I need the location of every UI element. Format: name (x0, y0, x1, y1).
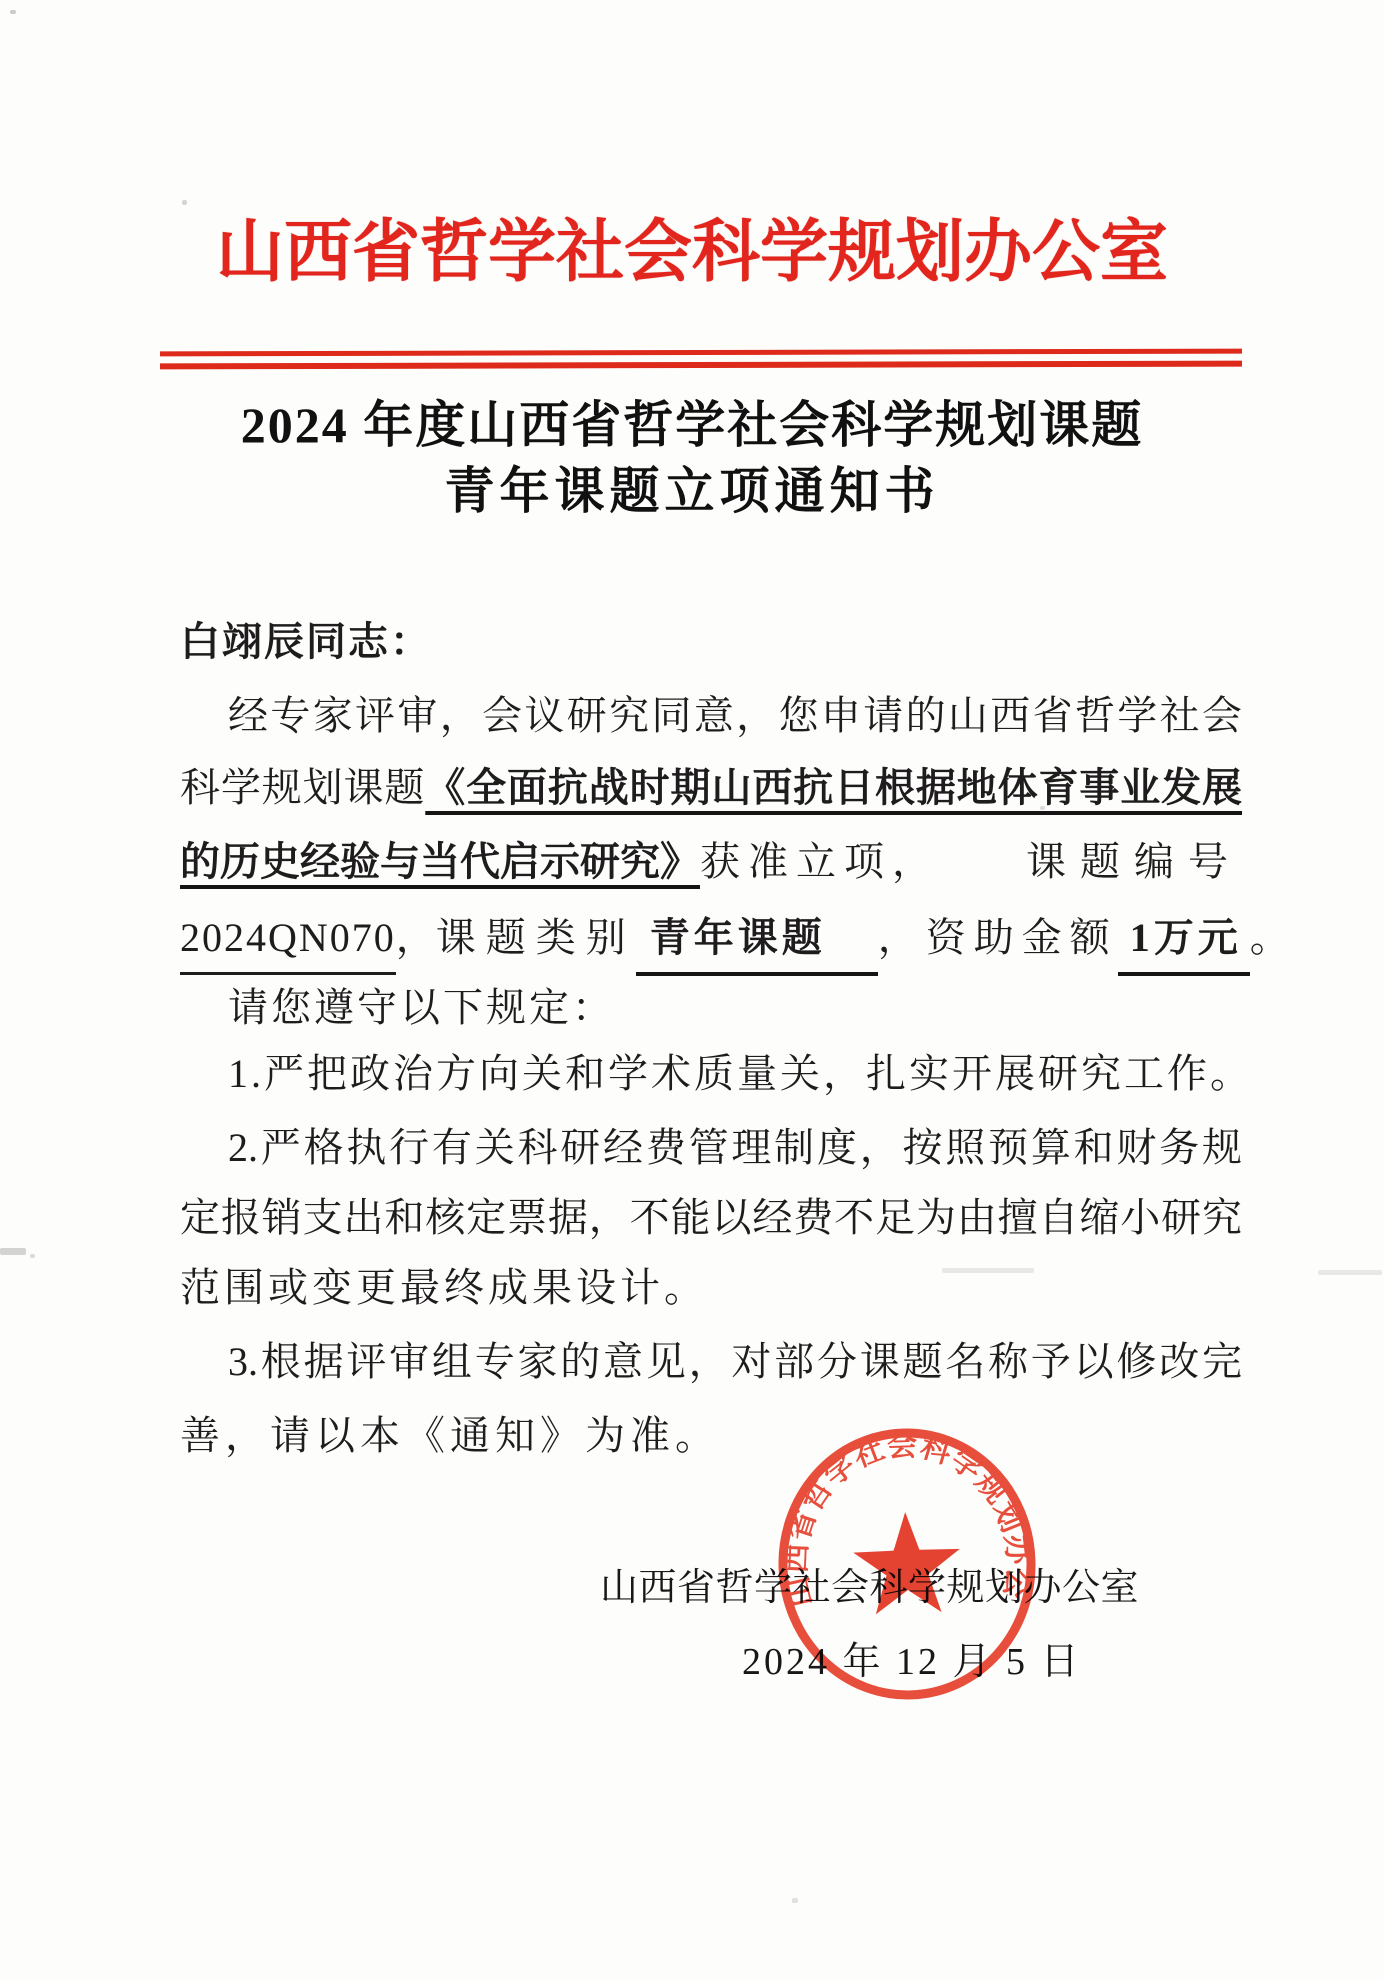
rules-intro: 请您遵守以下规定： (180, 982, 1242, 1034)
red-divider-thin (160, 349, 1242, 357)
paragraph1-line4: 2024QN070， 课题类别 青年课题 ，资助金额 1万元。 (180, 912, 1242, 976)
funding-label-group: ，资助金额 (878, 912, 1118, 964)
comma-1: ， (396, 915, 436, 960)
letterhead-title: 山西省哲学社会科学规划办公室 (0, 212, 1384, 292)
scan-artifact (0, 1248, 26, 1255)
scan-artifact (30, 1254, 35, 1258)
rule-item-1: 1.严把政治方向关和学术质量关，扎实开展研究工作。 (180, 1048, 1242, 1100)
scan-artifact (1318, 1270, 1382, 1275)
project-code-group: 2024QN070， (180, 912, 436, 975)
salutation: 白翊辰同志： (180, 616, 1242, 668)
approval-text: 获准立项， (700, 839, 940, 884)
rule-item-2-line2: 定报销支出和核定票据，不能以经费不足为由擅自缩小研究 (180, 1192, 1242, 1244)
period-1: 。 (1250, 915, 1290, 960)
paragraph1-line3: 的历史经验与当代启示研究》获准立项， 课题编号 (180, 836, 1242, 888)
funding-amount: 1万元 (1118, 912, 1250, 976)
rule-item-2-line1: 2.严格执行有关科研经费管理制度，按照预算和财务规 (180, 1122, 1242, 1174)
scan-artifact (792, 1898, 798, 1903)
paragraph1-line3-left: 的历史经验与当代启示研究》获准立项， (180, 836, 940, 888)
scanned-notice-page: 山西省哲学社会科学规划办公室 2024 年度山西省哲学社会科学规划课题 青年课题… (0, 0, 1384, 1980)
paragraph1-line2-prefix: 科学规划课题 (180, 765, 425, 810)
paragraph1-line2: 科学规划课题《全面抗战时期山西抗日根据地体育事业发展 (180, 762, 1242, 814)
category-label: 课题类别 (436, 912, 636, 964)
scan-artifact (182, 200, 187, 205)
scan-artifact (1040, 806, 1045, 810)
rule-item-3-line1: 3.根据评审组专家的意见，对部分课题名称予以修改完 (180, 1336, 1242, 1388)
funding-value-group: 1万元。 (1118, 912, 1290, 976)
project-number-label: 课题编号 (1026, 836, 1242, 888)
scan-artifact (942, 1268, 1034, 1273)
document-title-line1: 2024 年度山西省哲学社会科学规划课题 (0, 396, 1384, 454)
document-title-line2: 青年课题立项通知书 (0, 462, 1384, 520)
funding-label: 资助金额 (926, 915, 1118, 960)
seal-star (852, 1510, 962, 1615)
scan-artifact (10, 10, 16, 14)
rule-item-2-line3: 范围或变更最终成果设计。 (180, 1262, 1242, 1314)
project-title-part2: 的历史经验与当代启示研究》 (180, 839, 700, 884)
category-value: 青年课题 (636, 912, 878, 976)
red-divider-thick (160, 361, 1242, 370)
project-code: 2024QN070 (180, 912, 396, 975)
project-title-part1: 《全面抗战时期山西抗日根据地体育事业发展 (425, 765, 1242, 810)
rule-item-3-line2: 善，请以本《通知》为准。 (180, 1410, 1242, 1462)
paragraph1-line1: 经专家评审，会议研究同意，您申请的山西省哲学社会 (180, 690, 1242, 742)
comma-2: ， (878, 915, 926, 960)
official-seal: 山西省哲学社会科学规划办公室 (767, 1417, 1047, 1710)
